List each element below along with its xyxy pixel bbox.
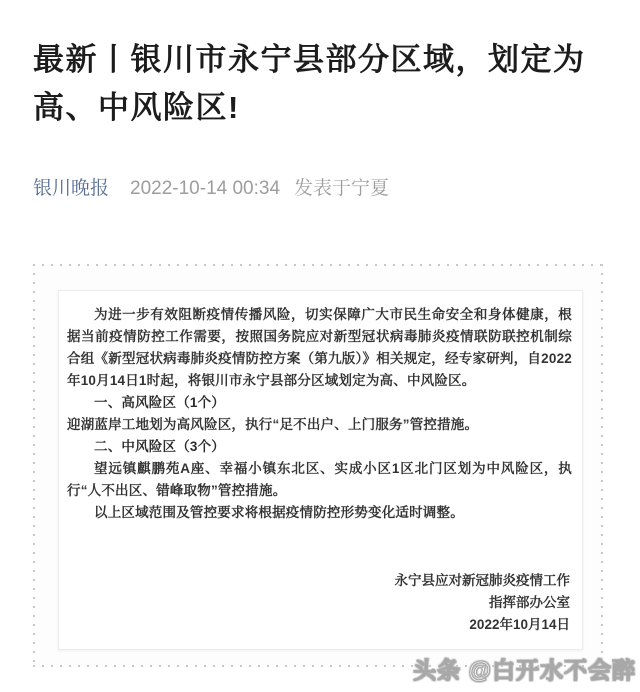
notice-signature: 永宁县应对新冠肺炎疫情工作 指挥部办公室 2022年10月14日: [67, 570, 572, 636]
notice-body: 为进一步有效阻断疫情传播风险，切实保障广大市民生命安全和身体健康，根据当前疫情防…: [67, 304, 572, 524]
dotted-border-top: [33, 264, 603, 266]
dotted-border-right: [601, 264, 603, 667]
notice-paragraph: 为进一步有效阻断疫情传播风险，切实保障广大市民生命安全和身体健康，根据当前疫情防…: [67, 304, 572, 392]
signature-line: 永宁县应对新冠肺炎疫情工作: [67, 570, 570, 592]
publish-datetime: 2022-10-14 00:34: [130, 178, 280, 199]
notice-paper: 为进一步有效阻断疫情传播风险，切实保障广大市民生命安全和身体健康，根据当前疫情防…: [58, 290, 583, 650]
notice-paragraph: 以上区域范围及管控要求将根据疫情防控形势变化适时调整。: [67, 502, 572, 524]
account-name-link[interactable]: 银川晚报: [33, 178, 109, 199]
article-title: 最新丨银川市永宁县部分区域，划定为高、中风险区!: [33, 36, 611, 132]
signature-line: 指挥部办公室: [67, 592, 570, 614]
notice-paragraph: 望远镇麒鹏苑A座、幸福小镇东北区、实成小区1区北门区划为中风险区，执行“人不出区…: [67, 458, 572, 502]
toutiao-watermark: 头条 @白开水不会醉: [413, 652, 636, 685]
notice-paragraph: 一、高风险区（1个）: [67, 392, 572, 414]
publish-location: 发表于宁夏: [294, 178, 389, 199]
notice-paragraph: 迎湖蓝岸工地划为高风险区，执行“足不出户、上门服务”管控措施。: [67, 414, 572, 436]
byline: 银川晚报2022-10-14 00:34发表于宁夏: [33, 173, 611, 200]
signature-line: 2022年10月14日: [67, 614, 570, 636]
notice-paragraph: 二、中风险区（3个）: [67, 436, 572, 458]
notice-image[interactable]: 为进一步有效阻断疫情传播风险，切实保障广大市民生命安全和身体健康，根据当前疫情防…: [33, 264, 603, 667]
dotted-border-left: [33, 264, 35, 667]
